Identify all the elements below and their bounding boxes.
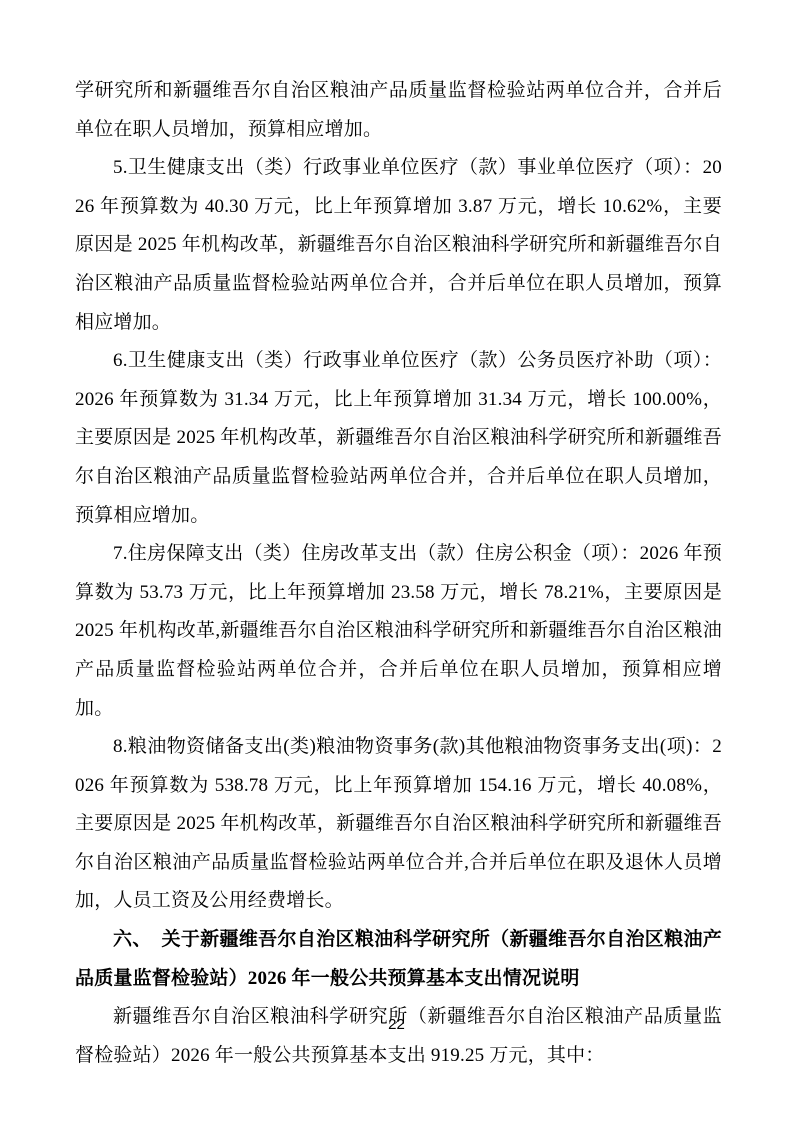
- paragraph-item-5-health-expenditure: 5.卫生健康支出（类）行政事业单位医疗（款）事业单位医疗（项）：2026 年预算…: [75, 149, 722, 342]
- paragraph-section-6-intro: 新疆维吾尔自治区粮油科学研究所（新疆维吾尔自治区粮油产品质量监督检验站）2026…: [75, 998, 722, 1075]
- paragraph-item-8-grain-reserve: 8.粮油物资储备支出(类)粮油物资事务(款)其他粮油物资事务支出(项)：2026…: [75, 728, 722, 921]
- section-6-heading: 六、 关于新疆维吾尔自治区粮油科学研究所（新疆维吾尔自治区粮油产品质量监督检验站…: [75, 921, 722, 998]
- paragraph-continuation: 学研究所和新疆维吾尔自治区粮油产品质量监督检验站两单位合并，合并后单位在职人员增…: [75, 72, 722, 149]
- paragraph-item-6-medical-subsidy: 6.卫生健康支出（类）行政事业单位医疗（款）公务员医疗补助（项）：2026 年预…: [75, 342, 722, 535]
- document-body: 学研究所和新疆维吾尔自治区粮油产品质量监督检验站两单位合并，合并后单位在职人员增…: [75, 72, 722, 1075]
- document-page: 学研究所和新疆维吾尔自治区粮油产品质量监督检验站两单位合并，合并后单位在职人员增…: [0, 0, 793, 1122]
- paragraph-item-7-housing-fund: 7.住房保障支出（类）住房改革支出（款）住房公积金（项）：2026 年预算数为 …: [75, 535, 722, 728]
- page-number: 22: [0, 1016, 793, 1033]
